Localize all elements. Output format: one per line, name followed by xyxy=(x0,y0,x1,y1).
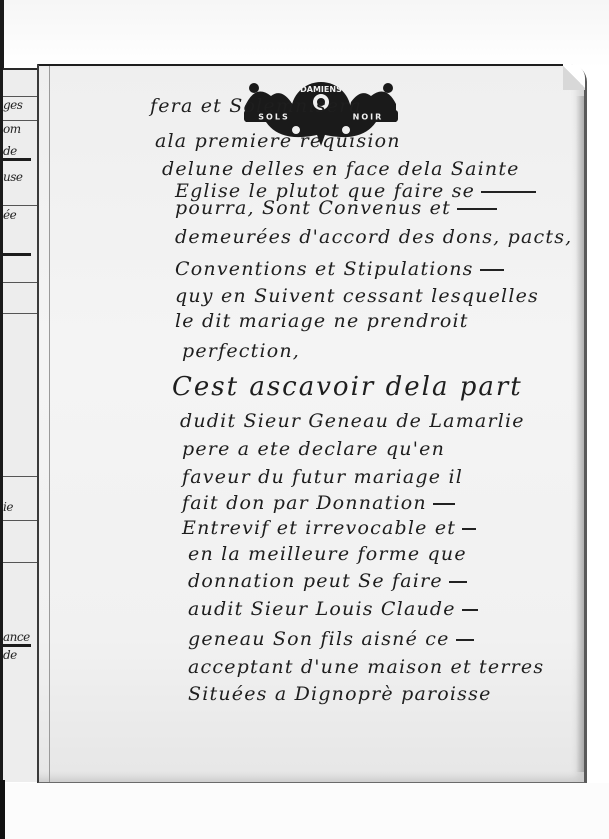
line-filler-dash xyxy=(449,581,467,583)
manuscript-line: geneau Son fils aisné ce xyxy=(188,628,609,650)
manuscript-line: faveur du futur mariage il xyxy=(182,466,609,488)
svg-text:DAMIENS: DAMIENS xyxy=(300,85,342,94)
manuscript-line: Conventions et Stipulations xyxy=(175,258,605,280)
manuscript-line: fera et Solemnisera xyxy=(150,95,580,117)
manuscript-line: dudit Sieur Geneau de Lamarlie xyxy=(180,410,609,432)
line-filler-dash xyxy=(457,208,497,210)
margin-rule xyxy=(3,158,31,161)
line-filler-dash xyxy=(456,639,474,641)
line-filler-dash xyxy=(462,528,476,530)
margin-fragment: om xyxy=(3,122,21,136)
manuscript-line: demeurées d'accord des dons, pacts, xyxy=(175,226,605,248)
margin-fragment: de xyxy=(3,648,17,662)
line-filler-dash xyxy=(433,503,455,505)
margin-fragment: ges xyxy=(3,98,22,112)
manuscript-line: quy en Suivent cessant lesquelles xyxy=(175,285,605,307)
scan-left-edge-bottom xyxy=(0,780,5,839)
manuscript-line: acceptant d'une maison et terres xyxy=(188,656,609,678)
margin-rule xyxy=(3,644,31,647)
scan-bottom-margin xyxy=(5,783,609,839)
margin-rule xyxy=(3,253,31,256)
manuscript-line: Cest ascavoir dela part xyxy=(172,372,602,402)
manuscript-line: le dit mariage ne prendroit xyxy=(175,310,605,332)
margin-line xyxy=(49,66,50,782)
line-filler-dash xyxy=(481,191,536,193)
manuscript-line: audit Sieur Louis Claude xyxy=(188,598,609,620)
manuscript-line: Entrevif et irrevocable et xyxy=(182,517,609,539)
manuscript-line: pere a ete declare qu'en xyxy=(182,438,609,460)
margin-fragment: ance xyxy=(3,630,30,644)
manuscript-line: pourra, Sont Convenus et xyxy=(175,197,605,219)
margin-fragment: ée xyxy=(3,208,16,222)
manuscript-line: fait don par Donnation xyxy=(182,492,609,514)
manuscript-line: Situées a Dignoprè paroisse xyxy=(188,683,609,705)
line-filler-dash xyxy=(480,269,504,271)
manuscript-line: delune delles en face dela Sainte xyxy=(162,158,592,180)
margin-fragment: use xyxy=(3,170,23,184)
manuscript-line: donnation peut Se faire xyxy=(188,570,609,592)
line-filler-dash xyxy=(462,609,478,611)
manuscript-line: perfection, xyxy=(182,340,609,362)
manuscript-line: en la meilleure forme que xyxy=(188,543,609,565)
margin-fragment: ie xyxy=(3,500,13,514)
margin-fragment: de xyxy=(3,144,17,158)
manuscript-line: ala premiere requision xyxy=(155,130,585,152)
